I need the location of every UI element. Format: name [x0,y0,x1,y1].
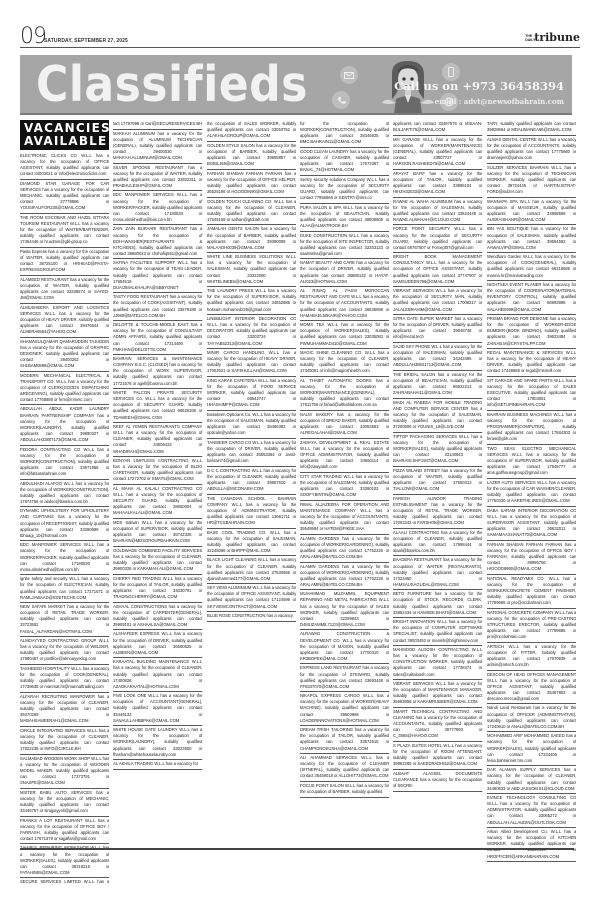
classified-ad: GOLDEN TOUCH CLEANING CO. W.L.L has a va… [207,198,296,226]
column-5: applicants can contact 33497576 or MISAA… [393,120,482,884]
classified-ad: NAMAT BEAUTY AND CARE has a vacancy for … [300,259,389,287]
classified-ad: RAWAE AL WAHA ALUMINUM has a vacancy for… [393,198,482,226]
classified-ad: AL MAHA AL KALALI CONTRACTING CO W.L.L h… [113,485,202,519]
classified-ad: KARAATAL BUILDING MAINTENANCE W.L.L has … [113,658,202,692]
vacancies-available-heading: VACANCIES AVAILABLE [20,120,109,150]
classified-ad: GOOD CLEAN LAUNDRY has a vacancy for the… [300,148,389,176]
column-1: VACANCIES AVAILABLE ELECTRONIC CLICKS CO… [20,120,109,884]
classified-ad: PIZZA WILAND STREET has a vacancy for th… [393,467,482,495]
classified-ad: LINEBLIGHT INTERIOR DECORATION CO W.L.L … [207,315,296,349]
classified-ad: tact 17797998 or Carl@SECURESERVICES.BH [113,120,202,130]
classified-ad: NEW SAFARI MARKET has a vacancy for the … [20,603,109,637]
classified-ad: MOMS TEA W.L.L has a vacancy for the occ… [300,321,389,349]
classified-ad: ALAALI CONTRACTING has a vacancy for the… [393,529,482,557]
classified-ad: for the occupation of WORKER(CONSTRUCTIO… [300,120,389,148]
heading-line-1: VACANCIES [24,122,105,135]
classified-ad: the occupation of SALES WORKER, suitably… [207,120,296,142]
classified-ad: ALMAS DENTAL CENTRE W.L.L has a vacancy … [487,136,576,164]
ad-list: applicants can contact 33497576 or MISAA… [393,120,482,792]
classified-ad: ZAIN ZAIN BUKHARI RESTAURANT has a vacan… [113,225,202,259]
classified-ad: DABA SARAM INTERIOR DECORATION CO W.L.L … [487,507,576,541]
page-number: 09 [20,26,46,48]
classified-ad: Pasta Express has a vacancy for the occu… [20,248,109,276]
classified-ad: EXPRESS LAND RESTAURANT has a vacancy fo… [300,664,389,692]
phone-icon [332,91,350,109]
classified-ad: DUKE CONSTRUCTION W.L.L has a vacancy fo… [300,232,389,260]
column-3: the occupation of SALES WORKER, suitably… [207,120,296,884]
classified-ad: NATIONAL CONCRETE COMPANY W.L.L has a va… [487,609,576,643]
classified-ad: SECURE SERVICES LIMITED W.L.L has a vaca… [20,878,109,884]
classified-ad: AL AKHILA TRADING W.L.L has a vacancy fo… [113,760,202,770]
classified-ad: NATIONAL READYMIX CO. W.L.L has a vacanc… [487,575,576,609]
classified-ad: BASE COOL TRADING CO. W.L.L has a vacanc… [207,529,296,557]
envelope-icon [340,66,358,84]
advertising-email: email : advt@newsofbahrain.com [435,97,564,106]
classified-ad: FIVE LOOK ONE W.L.L has a vacancy for th… [113,692,202,726]
classified-ad: TARY, suitably qualified applicants can … [487,120,576,136]
ad-list: tact 17797998 or Carl@SECURESERVICES.BHM… [113,120,202,770]
classifieds-columns: VACANCIES AVAILABLE ELECTRONIC CLICKS CO… [20,120,576,884]
classified-ad: WHITE FALCON PRIVATE SECURITY SERVICES C… [113,389,202,423]
classified-ad: THE CANADIAN SCHOOL - BAHRAIN COMPANY W.… [207,495,296,529]
classified-ad: BAHRAIN BUSINESS MACHINES W.L.L has a va… [487,411,576,445]
classified-ad: MOHAMMED ARIF MOHAMMED SAEED has a vacan… [487,732,576,766]
ad-list: ELECTRONIC CLICKS CO W.L.L has a vacancy… [20,152,109,884]
classified-ad: MAKKAH ALUMINUM has a vacancy for the oc… [113,130,202,164]
classified-ad: GOLDEN STYLE SALON has a vacancy for the… [207,142,296,170]
classified-ad: SHAMASULQAMAR QAMARUDDIN TAJUDDIN has a … [20,338,109,372]
classified-ad: BAADERA RESTAURANT has a vacancy for the… [393,556,482,590]
classified-ad: SAJID SKY PHONE W.L.L has a vacancy for … [393,343,482,371]
classified-ad: ALRAWAD CONSTRUCTION & DEVELOPMENT CO. W… [300,630,389,664]
classified-ad: AL RINAQ AL FASSI MOROCCAN RESTAURANT AN… [300,287,389,321]
classified-ad: ABDULLAH ABDUL KADIR LAUNDRY BAHRAIN PAR… [20,405,109,445]
classified-ad: SILVER SPOONS RESTAURANT has a vacancy f… [113,164,202,192]
classified-ad: BDC MANPOWER SERVICES W.L.L has a vacanc… [113,191,202,225]
classified-ad: FEDORA CONTRACTING CO W.L.L has a vacanc… [20,446,109,480]
classified-ad: THE BRIDAL SALON has a vacancy for the o… [393,371,482,399]
classified-ad: ZAMAYA DEVELOPMENT & REAL ESTATE W.L.L h… [300,439,389,473]
classified-ad: S PLAZA SUITES HOTEL W.L.L has a vacancy… [393,742,482,770]
classifieds-banner: Classifieds Call us on +973 36458394 ema… [20,55,572,115]
classified-ad: BETO FURNITURE has a vacancy for the occ… [393,590,482,618]
classified-ad: FARESH ALINOOR TRADING ESTABLISHMENT has… [393,495,482,529]
classified-ad: GOLDWADE COMBINED FACILITY SERVICES has … [113,547,202,575]
classified-ad: ALAMIN GARDENS has a vacancy for the occ… [300,563,389,591]
classified-ad: ALFARAH RECRUITING MANPOWER has a vacanc… [20,693,109,727]
classified-ad: VIBRANT SERVICES W.L.L has a vacancy for… [393,287,482,315]
classified-ad: TIPTOP PACKAGING SERVICES W.L.L has a va… [393,433,482,467]
brand-name: tribune [534,31,580,44]
classified-ad: VIBRANT SERVICES W.L.L has a vacancy for… [393,680,482,708]
classified-ad: BONYAN LIMITLESS CONTRACTING W.L.L has a… [113,457,202,485]
classified-ad: RIMAL ALJAZEERA FOR OPERATION AND MAINTE… [300,501,389,535]
ad-list: the occupation of SALES WORKER, suitably… [207,120,296,622]
classified-ad: DIAMOND STAR GARAGE FOR CAR SERVICES has… [20,180,109,214]
classified-ad: SAFINA FACILITIES SUPPORT W.L.L has a va… [113,259,202,293]
column-4: for the occupation of WORKER(CONSTRUCTIO… [300,120,389,884]
issue-date: SATURDAY, SEPTEMBER 27, 2025 [44,38,128,44]
classified-ad: DESCON OF HEAD OFFICES MANAGEMENT W.L.L … [487,671,576,705]
classified-ad: MODERN MECHANICAL ELECTRICAL & TRANSPORT… [20,372,109,406]
classified-ad: EVINCE TECHNOLOGY CONSULTING CO W.L.L ha… [487,794,576,828]
classified-ad: THE ROOM ESCOBAR AND HAZEL BTTARA TOURIS… [20,214,109,248]
classified-ad: TASTY FOOD RESTAURANT has a vacancy for … [113,293,202,321]
classified-ad: SALMABAD WOODEN WORK SHOP W.L.L has a va… [20,755,109,789]
classified-ad: MISTER BABU AUTO SERVICES has a vacancy … [20,789,109,817]
classified-ad: FRANKS A LOT RESTAURANT W.L.L has a vaca… [20,817,109,845]
newspaper-logo: THE DAILYtribune [525,31,580,44]
classified-ad: ARAYAT BAFIF has a vacancy for the occup… [393,170,482,198]
classified-ad: TANWEER CARGO CO W.L.L has a vacancy for… [207,439,296,467]
classified-ad: CITY STAR TRADING W.L.L has a vacancy fo… [300,473,389,501]
classified-ad: IBN YAS BOUTIQUE has a vacancy for the o… [487,225,576,253]
classified-ad: JAMALAH GENTS SALON has a vacancy for th… [207,225,296,253]
classified-ad: BAHRAIN SERVICES & MAINTENANCE COMPANY B… [113,355,202,389]
classified-ad: NIGHTSEA EVENT PLANER has a vacancy for … [487,281,576,315]
classified-ad: D C C CONTRACTING W.L.L has a vacancy fo… [207,467,296,495]
classified-ad: Arkan Allied Development Co. W.L.L has a… [487,828,576,862]
heading-line-2: AVAILABLE [24,135,105,148]
classified-ad: PRISMA BRAND FOR DESIGNE has a vacancy f… [487,315,576,349]
classified-ad: Wendham Garden W.L.L has a vacancy for t… [487,253,576,281]
classified-ad: CIRCLE INTEGRATED SERVICES W.L.L has a v… [20,727,109,755]
classified-ad: BRIGHT BOOK MANAGEMENT CONSULTANCY W.L.L… [393,253,482,287]
section-title: Classifieds [36,57,308,113]
classified-ad: PURA SALON & SPA W.L.L has a vacancy for… [300,204,389,232]
ad-list: TARY, suitably qualified applicants can … [487,120,576,862]
call-us-phone: Call us on +973 36458394 [394,79,564,93]
classified-ad: DYNAMIC UPHOLSTERY FOR UPHOLSTERY AND CU… [20,507,109,541]
classified-ad: BDC MANPOWER SERVICES W.L.L has a vacanc… [20,541,109,575]
classified-ad: FORCE POINT SECURITY W.L.L has a vacancy… [393,225,482,253]
classified-ad: NIKAPOL EXPRESS CARGO W.L.L has a vacanc… [300,692,389,726]
classified-ad: THE LAUNDRY PRESS W.L.L has a vacancy fo… [207,287,296,315]
classified-ad: applicants can contact 33497576 or MISAA… [393,120,482,136]
classified-ad: ELECTRONIC CLICKS CO W.L.L has a vacancy… [20,152,109,180]
classified-ad: ALSHAFEER EXPRESS W.L.L has a vacancy fo… [113,630,202,658]
classified-ad: TWO SEAS ELECTRO MECHANICAL SERVICES W.L… [487,445,576,479]
classified-ad: MH GARAGE W.L.L has a vacancy for the oc… [393,136,482,170]
classified-ad: ABDULHADI ALAFOO W.L.L has a vacancy for… [20,480,109,508]
classified-ad: FARHAN SHABAN FARHAN FARHAN has a vacanc… [487,541,576,575]
classified-ad: SITRA GATE SUPER MARKET has a vacancy fo… [393,315,482,343]
classified-ad: MINIFI CARGO HANDLING W.L.L has a vacanc… [207,349,296,377]
bottom-divider [20,848,574,850]
classified-ad: FOCUS POINT SALON W.L.L has a vacancy fo… [300,782,389,798]
classified-ad: TASHEEED HOSPITALITY W.L.L has a vacancy… [20,665,109,693]
classified-ad: WHITE HOUSE GATE LAUNDRY W.L.L has a vac… [113,726,202,760]
classified-ad: LAZER AUTO SERVICES W.L.L has a vacancy … [487,479,576,507]
classified-ad: SIT GARAGE AND SPARE PARTS W.L.L has a v… [487,377,576,411]
classified-ad: DELOITTE & TOUCHE-MIDDLE EAST has a vaca… [113,321,202,355]
classified-ad: NALM BAKERY has a vacancy for the occupa… [300,411,389,439]
classified-ad: Nandi Land Restaurant has a vacancy for … [487,704,576,732]
classified-ad: KING KARAK CAFETERIA W.L.L has a vacancy… [207,377,296,411]
classified-ad: DAR ALAMAN SUPPLY SERVICES has a vacancy… [487,766,576,794]
classified-ad: SKY VIEW ALUMINIUM W.L.L has a vacancy f… [207,584,296,612]
classified-ad: ALBAHT ALASSEL DOCUMENTS CLEARANCE has a… [393,770,482,792]
classified-ad: Busaiteen Opticians Co. W.L.L has a vaca… [207,411,296,439]
ad-list: for the occupation of WORKER(CONSTRUCTIO… [300,120,389,798]
masthead: 09 SATURDAY, SEPTEMBER 27, 2025 THE DAIL… [20,28,580,48]
classified-ad: ignite safety and security W.L.L has a v… [20,575,109,603]
classified-ad: REGAL MAINTENANCE & SERVICES W.L.L has a… [487,349,576,377]
classified-ad: MAGIC SHINE CLEANING CO. W.L.L has a vac… [300,349,389,377]
classified-ad: ASHAAL CONSTRUCTIONS has a vacancy for t… [113,603,202,631]
classified-ad: BLACK LIGHT CLEANING W.L.L has a vacancy… [207,556,296,584]
classified-ad: BRIGHT INNOVATION W.L.L has a vacancy fo… [393,618,482,646]
classified-ad: DREAM TRISH TAILORING has a vacancy for … [300,726,389,754]
classified-ad: ZAHIRUL REPAIRING WORKSHOP W.L.L has a v… [20,844,109,878]
brand-prefix: THE DAILY [525,34,533,42]
classified-ad: WADI AL RABEEA FOR MOBILE TRADING AND CO… [393,399,482,433]
classified-ad: WHITE LINE BUSINESS SOLUTIONS W.L.L has … [207,253,296,287]
classified-ad: MAHMOOD ALOOSH CONTRACTING W.L.L has a v… [393,646,482,680]
classified-ad: ALMOAYYED CONTRACTING GROUP W.L.L has a … [20,637,109,665]
classified-ad: SMART TECHNICAL CONTRACTING AND CLEANING… [393,708,482,742]
classified-ad: ALAMIN GARDENS has a vacancy for the occ… [300,535,389,563]
classified-ad: AL THABIT AUTOMATIC DOORS has a vacancy … [300,377,389,411]
classified-ad: WANNAPA SPA W.L.L has a vacancy for the … [487,198,576,226]
classified-ad: Sentry security solutions Company W.L.L … [300,176,389,204]
classified-ad: CHERRY RED TRADING W.L.L has a vacancy f… [113,575,202,603]
classified-ad: REEF AL YEMEN RESTAURANTS COMPANY W.L.L … [113,423,202,457]
column-2: tact 17797998 or Carl@SECURESERVICES.BHM… [113,120,202,884]
classified-ad: ARTECH W.L.L has a vacancy for the occup… [487,643,576,671]
classified-ad: MUHAMMAD MUZAMMIL EQUIPMENT REPAIRING AN… [300,590,389,630]
classified-ad: BLUE ROSE CONSTRUCTION has a vacancy [207,612,296,622]
classified-ad: ALAMEED RESTAURANT has a vacancy for the… [20,276,109,304]
classified-ad: MDS Saltwin W.L.L has a vacancy for the … [113,519,202,547]
classified-ad: FARHAN SHABAN FARHAN FARHAN has a vacanc… [207,170,296,198]
classified-ad: SULZER SERVICES BAHRAIN W.L.L has a vaca… [487,164,576,198]
classified-ad: ALI AHAMMAD SERVICES W.L.L has a vacancy… [300,754,389,782]
classified-ad: ALMUSHEERA EXPORT AND LOGISTICS SERVICES… [20,304,109,338]
column-6: TARY, suitably qualified applicants can … [487,120,576,884]
